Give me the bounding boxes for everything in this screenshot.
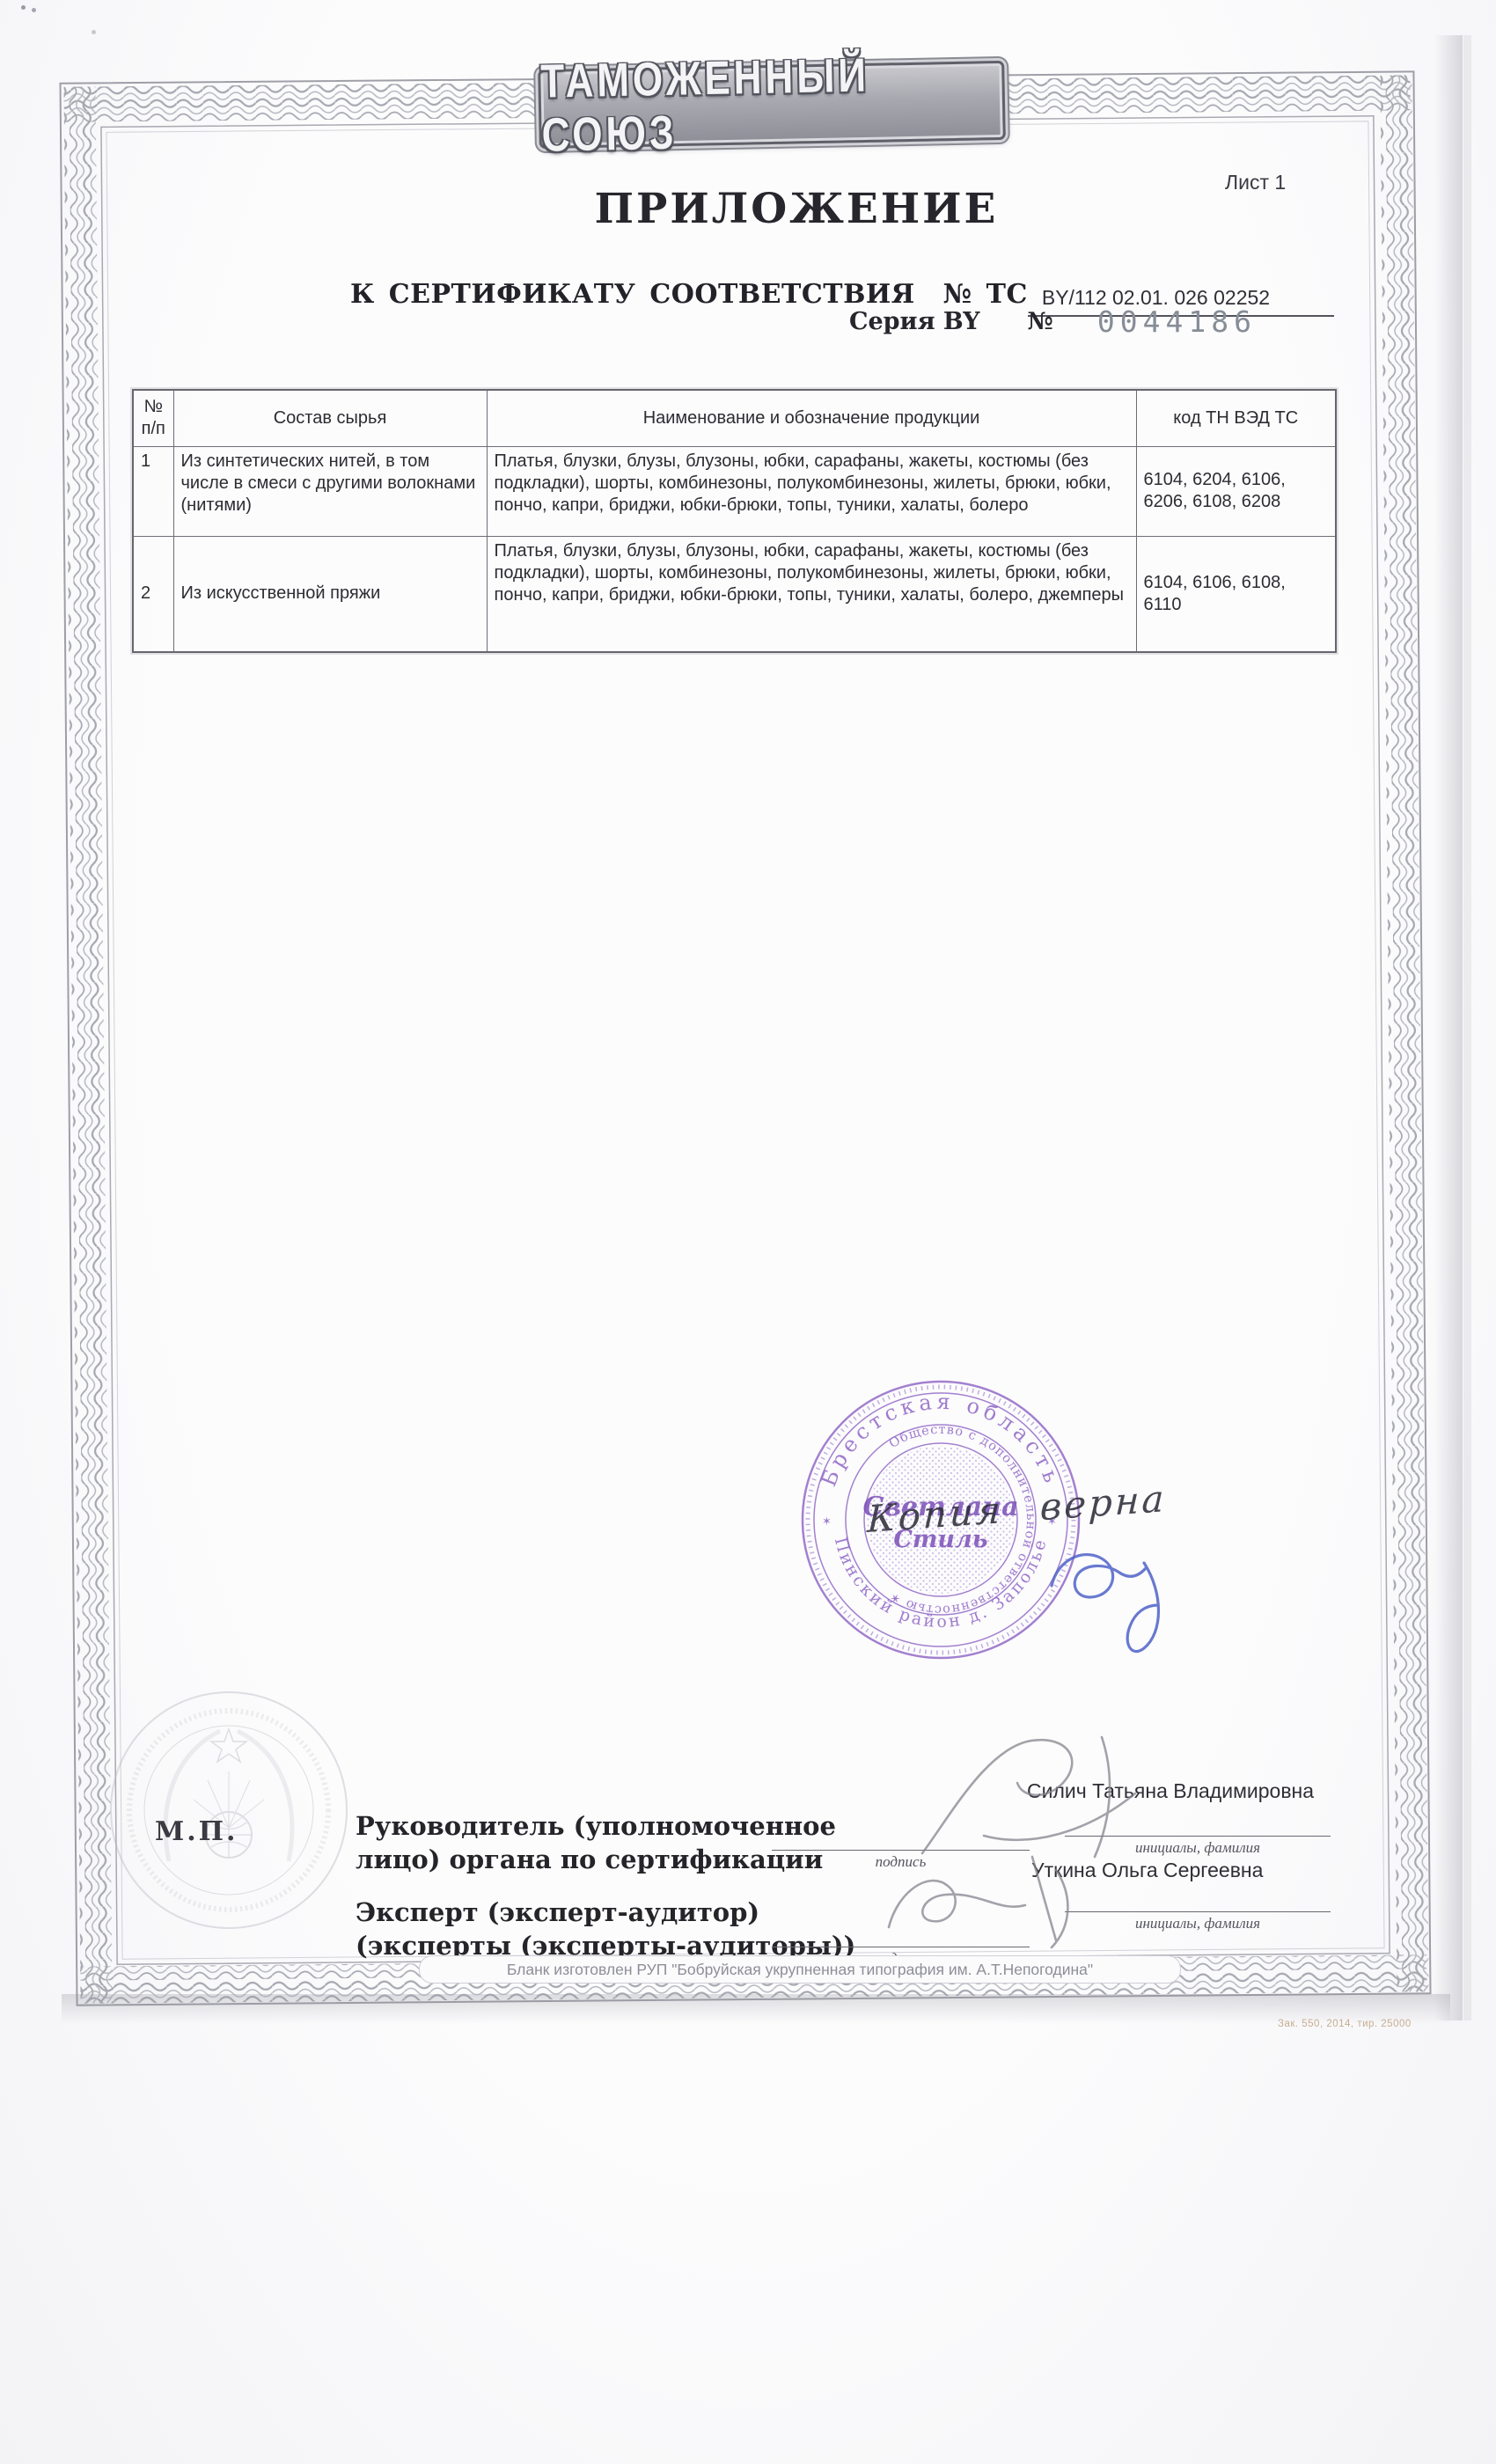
table-row: 2 Из искусственной пряжи Платья, блузки,… (133, 536, 1336, 652)
name-line-expert: инициалы, фамилия (1065, 1911, 1331, 1932)
table-header-row: № п/п Состав сырья Наименование и обозна… (133, 390, 1336, 446)
row-products: Платья, блузки, блузы, блузоны, юбки, са… (487, 446, 1136, 536)
number-sign: № (1028, 308, 1053, 335)
col-header-codes: код ТН ВЭД ТС (1136, 390, 1336, 446)
scanned-certificate-page: ТАМОЖЕННЫЙ СОЮЗ Лист 1 ПРИЛОЖЕНИЕ К СЕРТ… (0, 0, 1496, 2464)
col-header-num: № п/п (133, 390, 173, 446)
guilloche-border-frame (0, 0, 1496, 2464)
print-order-note: Зак. 550, 2014, тир. 25000 (1278, 2019, 1412, 2029)
signature-ink-blue (1052, 1555, 1159, 1652)
row-codes: 6104, 6204, 6106, 6206, 6108, 6208 (1136, 446, 1336, 536)
certification-body-stamp (88, 1676, 370, 1949)
row-products: Платья, блузки, блузы, блузоны, юбки, са… (487, 536, 1136, 652)
products-table: № п/п Состав сырья Наименование и обозна… (132, 389, 1337, 653)
printer-credit-pill: Бланк изготовлен РУП "Бобруйская укрупне… (419, 1955, 1181, 1984)
signature-pencil-expert (876, 1844, 1104, 1954)
row-number: 1 (133, 446, 173, 536)
col-header-products: Наименование и обозначение продукции (487, 390, 1136, 446)
emblem-graphic (111, 1692, 347, 1928)
name-caption: инициалы, фамилия (1135, 1839, 1260, 1857)
col-header-material: Состав сырья (173, 390, 487, 446)
series-label: Серия BY (849, 308, 980, 335)
stamp-star-left: ✶ (822, 1515, 832, 1529)
name-caption: инициалы, фамилия (1135, 1915, 1260, 1932)
banner-title: ТАМОЖЕННЫЙ СОЮЗ (540, 47, 1003, 163)
row-number: 2 (133, 536, 173, 652)
document-title: ПРИЛОЖЕНИЕ (48, 185, 1496, 233)
series-line: Серия BY № 0044186 (849, 308, 1257, 339)
table-row: 1 Из синтетических нитей, в том числе в … (133, 446, 1336, 536)
printer-credit-text: Бланк изготовлен РУП "Бобруйская укрупне… (507, 1961, 1093, 1979)
row-material: Из синтетических нитей, в том числе в см… (173, 446, 487, 536)
role-label-head-of-body: Руководитель (уполномоченное лицо) орган… (356, 1809, 836, 1876)
serial-number: 0044186 (1097, 304, 1257, 339)
customs-union-banner: ТАМОЖЕННЫЙ СОЮЗ (538, 61, 1006, 149)
stamp-place-label: М.П. (155, 1816, 238, 1847)
row-codes: 6104, 6106, 6108, 6110 (1136, 536, 1336, 652)
row-material: Из искусственной пряжи (173, 536, 487, 652)
